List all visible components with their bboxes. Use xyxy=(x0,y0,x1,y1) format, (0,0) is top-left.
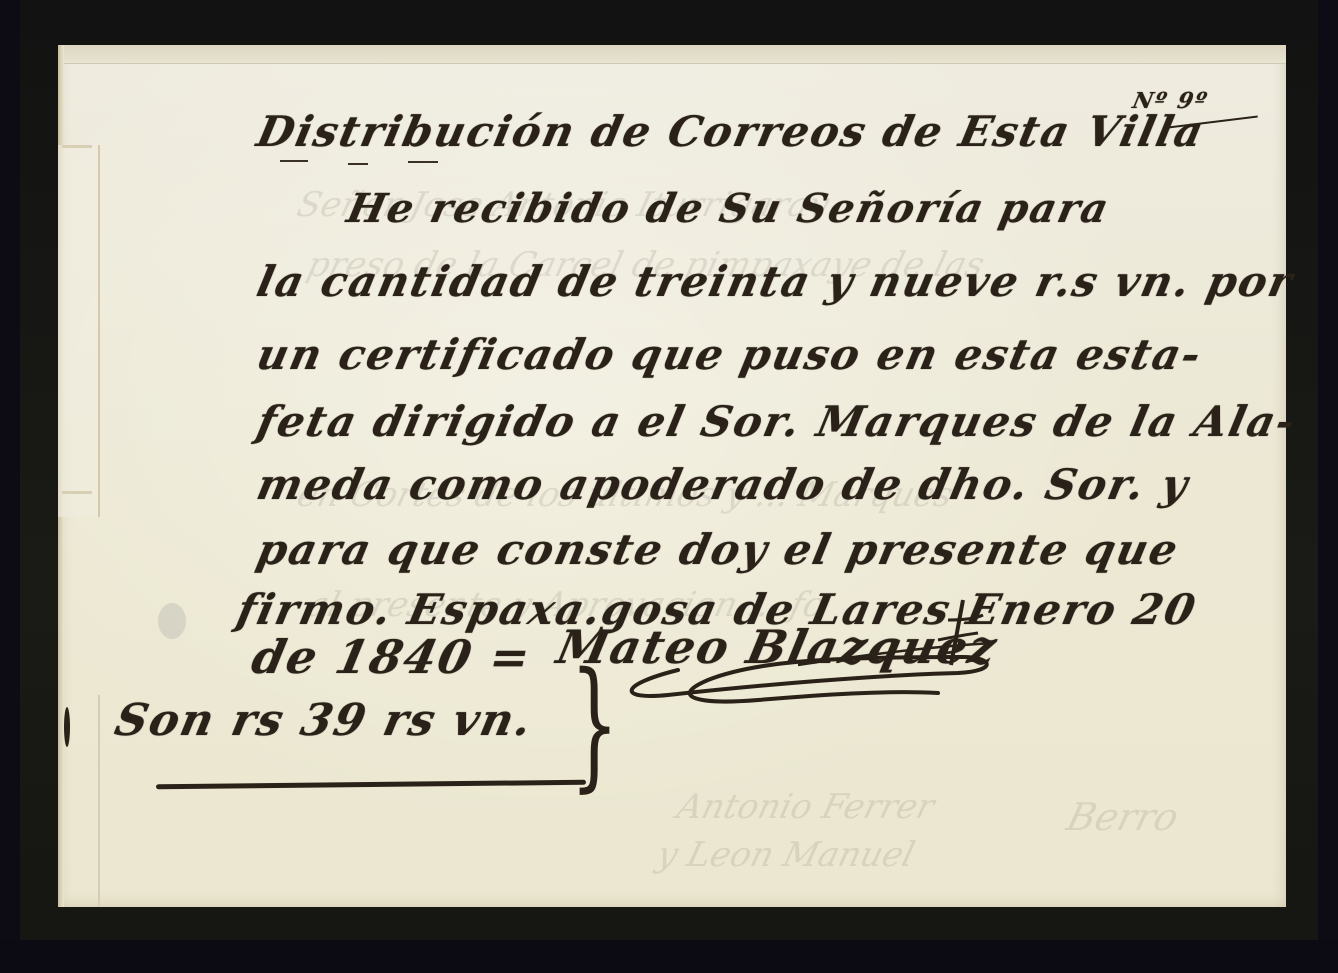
frame-bottom-edge xyxy=(0,940,1338,973)
frame-left-edge xyxy=(0,0,20,973)
signature-rubric-flourish xyxy=(58,45,1286,907)
amount-note: Son rs 39 rs vn. xyxy=(111,695,538,746)
closing-brace: } xyxy=(570,655,619,795)
frame-right-edge xyxy=(1318,0,1338,973)
manuscript-page: Señor Jose Antonio Iturrigaray preso de … xyxy=(58,45,1286,907)
